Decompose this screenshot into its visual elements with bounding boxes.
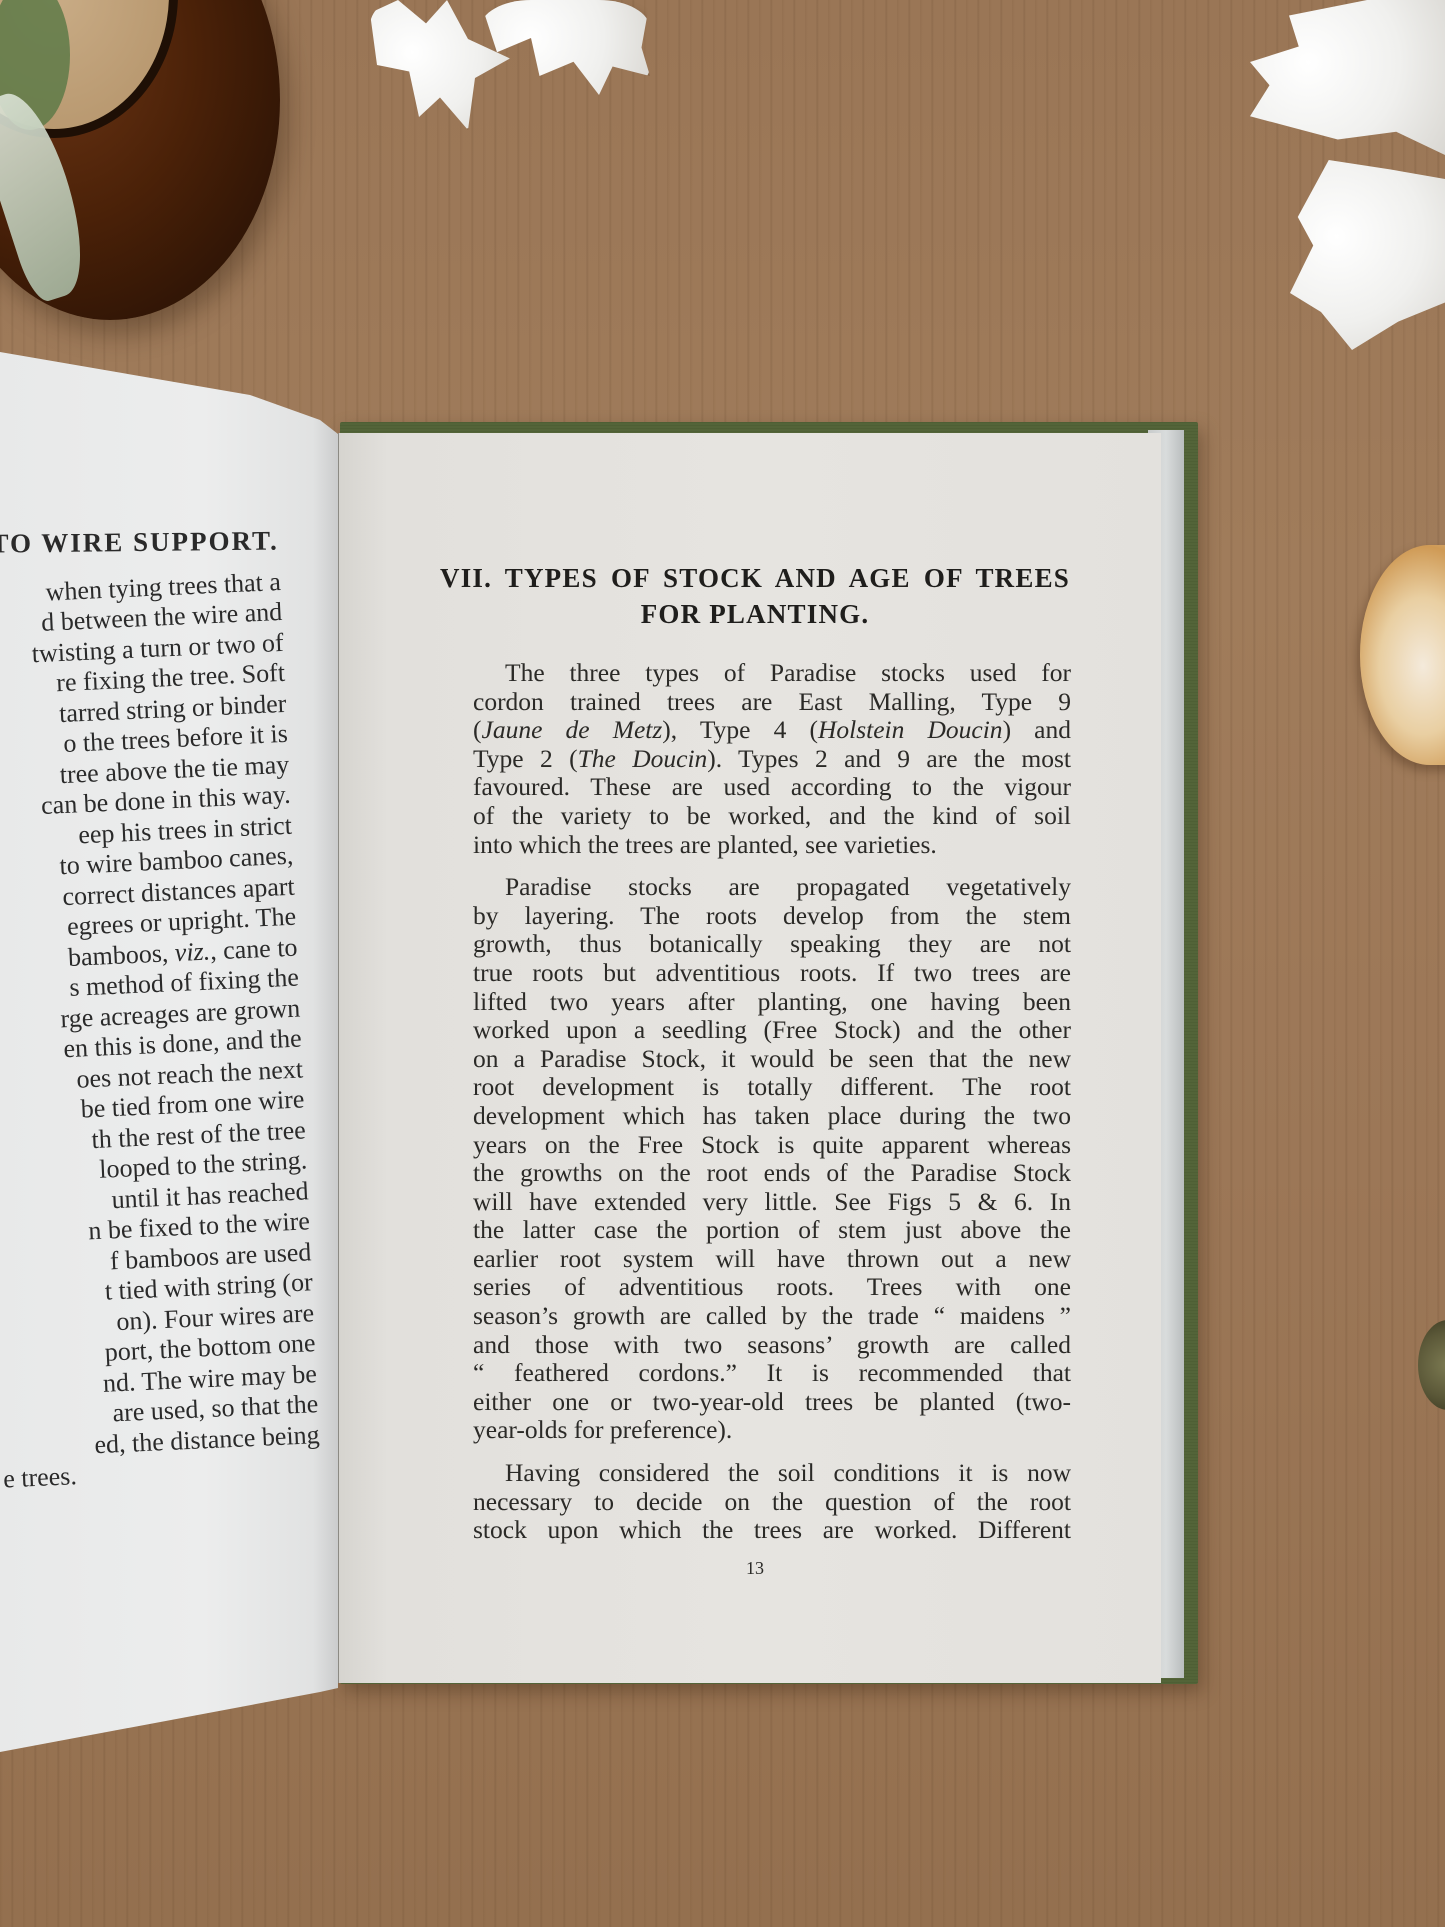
text-line: series of adventitious roots. Trees with…	[441, 1273, 1071, 1302]
chapter-heading-line-1: VII. TYPES OF STOCK AND AGE OF TREES	[440, 560, 1070, 596]
white-coral-left-2	[480, 0, 650, 95]
text-line: cordon trained trees are East Malling, T…	[441, 688, 1071, 717]
text-line: earlier root system will have thrown out…	[441, 1245, 1071, 1274]
text-line: root development is totally different. T…	[441, 1073, 1071, 1102]
text-line: on a Paradise Stock, it would be seen th…	[441, 1045, 1071, 1074]
text-line: stock upon which the trees are worked. D…	[441, 1516, 1071, 1545]
text-line: year-olds for preference).	[441, 1416, 1071, 1445]
page-number: 13	[740, 1558, 770, 1579]
white-coral-right-top	[1250, 0, 1445, 155]
text-line: favoured. These are used according to th…	[441, 773, 1071, 802]
seashell	[1360, 545, 1445, 765]
text-line: lifted two years after planting, one hav…	[441, 988, 1071, 1017]
text-line: Type 2 (The Doucin). Types 2 and 9 are t…	[441, 745, 1071, 774]
text-line: by layering. The roots develop from the …	[441, 902, 1071, 931]
text-line: “ feathered cordons.” It is recommended …	[441, 1359, 1071, 1388]
text-line: necessary to decide on the question of t…	[441, 1488, 1071, 1517]
text-line: (Jaune de Metz), Type 4 (Holstein Doucin…	[441, 716, 1071, 745]
paragraph-3: Having considered the soil conditions it…	[441, 1459, 1071, 1545]
paragraph-1: The three types of Paradise stocks used …	[441, 659, 1071, 859]
text-line: Having considered the soil conditions it…	[441, 1459, 1071, 1488]
right-page-body: The three types of Paradise stocks used …	[441, 659, 1071, 1559]
text-line: worked upon a seedling (Free Stock) and …	[441, 1016, 1071, 1045]
left-page-heading: TO WIRE SUPPORT.	[0, 526, 279, 560]
text-line: Paradise stocks are propagated vegetativ…	[441, 873, 1071, 902]
text-line: development which has taken place during…	[441, 1102, 1071, 1131]
text-line: true roots but adventitious roots. If tw…	[441, 959, 1071, 988]
sea-urchin	[1418, 1320, 1445, 1410]
text-line: The three types of Paradise stocks used …	[441, 659, 1071, 688]
text-line: and those with two seasons’ growth are c…	[441, 1331, 1071, 1360]
paragraph-2: Paradise stocks are propagated vegetativ…	[441, 873, 1071, 1445]
text-line: either one or two-year-old trees be plan…	[441, 1388, 1071, 1417]
text-line: growth, thus botanically speaking they a…	[441, 930, 1071, 959]
text-line: the growths on the root ends of the Para…	[441, 1159, 1071, 1188]
chapter-heading: VII. TYPES OF STOCK AND AGE OF TREES FOR…	[440, 560, 1070, 632]
white-coral-right-bottom	[1290, 160, 1445, 350]
text-line: into which the trees are planted, see va…	[441, 831, 1071, 860]
chapter-heading-line-2: FOR PLANTING.	[440, 596, 1070, 632]
left-page-text: TO WIRE SUPPORT. when tying trees that a…	[0, 520, 322, 1495]
text-line: season’s growth are called by the trade …	[441, 1302, 1071, 1331]
text-line: will have extended very little. See Figs…	[441, 1188, 1071, 1217]
text-line: of the variety to be worked, and the kin…	[441, 802, 1071, 831]
text-line: the latter case the portion of stem just…	[441, 1216, 1071, 1245]
text-line: years on the Free Stock is quite apparen…	[441, 1131, 1071, 1160]
